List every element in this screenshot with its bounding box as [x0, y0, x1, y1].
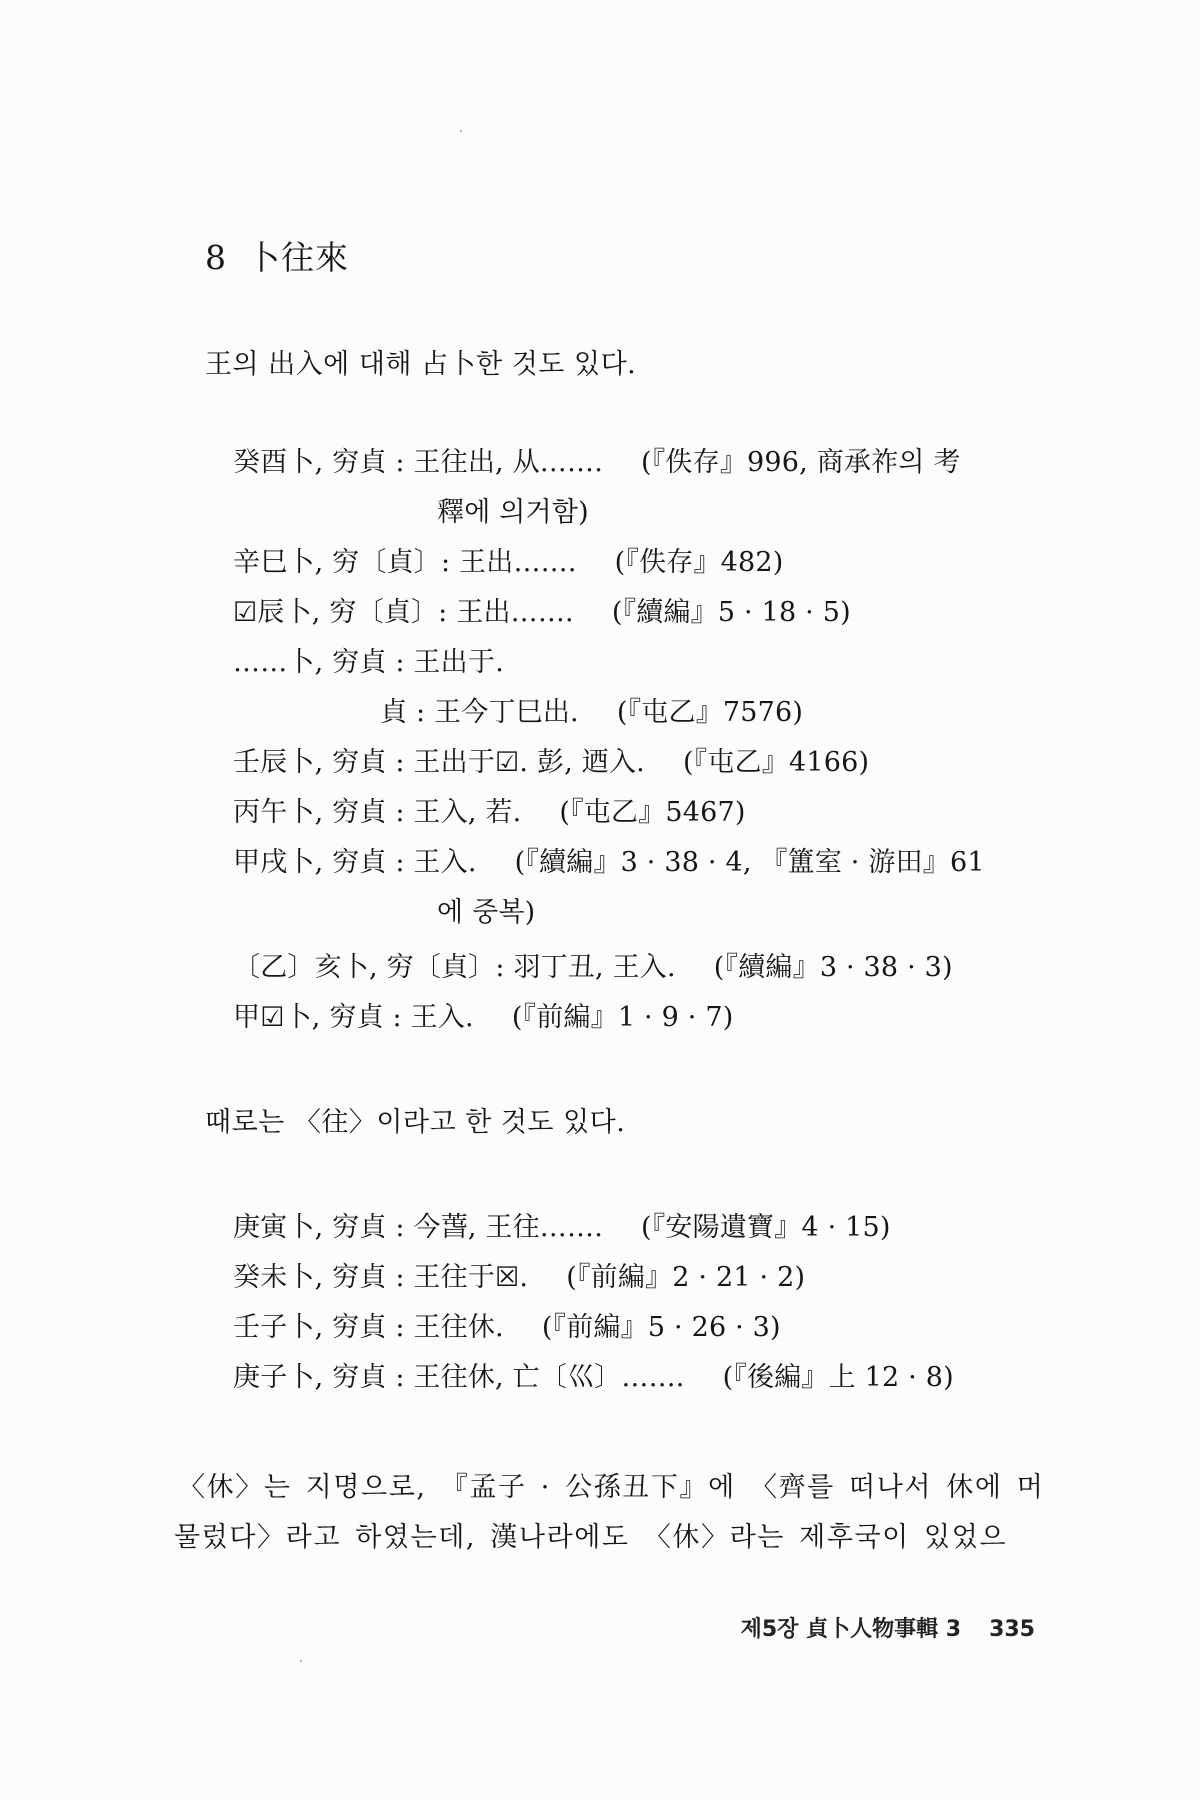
citation-line: ……卜, 穷貞 : 王出于𦎫.	[233, 640, 504, 679]
section-heading: 8卜往來	[205, 232, 349, 279]
citation-source: (『佚存』482)	[615, 547, 784, 578]
citation-line: 庚寅卜, 穷貞 : 今萅, 王往…….(『安陽遺寶』4 · 15)	[233, 1205, 891, 1244]
page-footer: 제5장 貞卜人物事輯 3335	[741, 1612, 1035, 1643]
citation-line: 癸未卜, 穷貞 : 王往于☒.(『前編』2 · 21 · 2)	[233, 1255, 805, 1294]
citation-line: 丙午卜, 穷貞 : 王入, 若.(『屯乙』5467)	[233, 790, 746, 829]
citation-line: 甲☑卜, 穷貞 : 王入.(『前編』1 · 9 · 7)	[233, 995, 733, 1034]
paragraph-line: 〈休〉는 지명으로, 『孟子 · 公孫丑下』에 〈齊를 떠나서 休에 머	[178, 1465, 1044, 1504]
inscription-text: 貞 : 王今丁巳出.	[380, 697, 579, 728]
citation-source: (『續編』5 · 18 · 5)	[612, 597, 851, 628]
inscription-text: 壬子卜, 穷貞 : 王往休.	[233, 1312, 504, 1343]
citation-source: (『前編』1 · 9 · 7)	[512, 1002, 734, 1033]
citation-line: 貞 : 王今丁巳出.(『屯乙』7576)	[380, 690, 803, 729]
transition-sentence: 때로는 〈往〉이라고 한 것도 있다.	[205, 1100, 625, 1139]
scan-speck	[460, 130, 462, 132]
inscription-text: 癸酉卜, 穷貞 : 王往出, 从…….	[233, 447, 603, 478]
citation-line: 庚子卜, 穷貞 : 王往休, 亡〔巛〕…….(『後編』上 12 · 8)	[233, 1355, 954, 1394]
citation-line: 壬子卜, 穷貞 : 王往休.(『前編』5 · 26 · 3)	[233, 1305, 781, 1344]
citation-line: 癸酉卜, 穷貞 : 王往出, 从…….(『佚存』996, 商承祚의 考	[233, 440, 961, 479]
scan-speck	[300, 1660, 302, 1662]
inscription-text: ……卜, 穷貞 : 王出于𦎫.	[233, 647, 504, 678]
citation-source: (『屯乙』4166)	[683, 747, 869, 778]
citation-source: (『續編』3 · 38 · 4, 『簠室 · 游田』61	[515, 847, 985, 878]
inscription-text: 辛巳卜, 穷〔貞〕: 王出…….	[233, 547, 577, 578]
inscription-text: 丙午卜, 穷貞 : 王入, 若.	[233, 797, 521, 828]
intro-sentence: 王의 出入에 대해 占卜한 것도 있다.	[205, 342, 636, 381]
citation-line: 甲戌卜, 穷貞 : 王入.(『續編』3 · 38 · 4, 『簠室 · 游田』6…	[233, 840, 985, 879]
citation-continuation: 釋에 의거함)	[437, 490, 589, 529]
citation-source: (『後編』上 12 · 8)	[723, 1362, 954, 1393]
section-number: 8	[205, 238, 227, 277]
paragraph-line: 물렀다〉라고 하였는데, 漢나라에도 〈休〉라는 제후국이 있었으	[174, 1515, 1007, 1554]
section-title: 卜往來	[247, 238, 349, 277]
inscription-text: 庚寅卜, 穷貞 : 今萅, 王往…….	[233, 1212, 603, 1243]
citation-line: 辛巳卜, 穷〔貞〕: 王出…….(『佚存』482)	[233, 540, 784, 579]
inscription-text: 庚子卜, 穷貞 : 王往休, 亡〔巛〕…….	[233, 1362, 685, 1393]
citation-line: 〔乙〕亥卜, 穷〔貞〕: 羽丁丑, 王入.(『續編』3 · 38 · 3)	[233, 945, 953, 984]
inscription-text: 甲戌卜, 穷貞 : 王入.	[233, 847, 477, 878]
citation-line: ☑辰卜, 穷〔貞〕: 王出…….(『續編』5 · 18 · 5)	[233, 590, 851, 629]
citation-source: (『屯乙』5467)	[559, 797, 745, 828]
inscription-text: 壬辰卜, 穷貞 : 王出于☑. 彭, 迺入.	[233, 747, 645, 778]
citation-source: (『續編』3 · 38 · 3)	[714, 952, 953, 983]
citation-line: 壬辰卜, 穷貞 : 王出于☑. 彭, 迺入.(『屯乙』4166)	[233, 740, 869, 779]
inscription-text: ☑辰卜, 穷〔貞〕: 王出…….	[233, 597, 574, 628]
citation-source: (『佚存』996, 商承祚의 考	[641, 447, 961, 478]
inscription-text: 〔乙〕亥卜, 穷〔貞〕: 羽丁丑, 王入.	[233, 952, 676, 983]
citation-source: (『屯乙』7576)	[617, 697, 803, 728]
inscription-text: 甲☑卜, 穷貞 : 王入.	[233, 1002, 474, 1033]
page-number: 335	[989, 1617, 1035, 1642]
citation-source: (『前編』5 · 26 · 3)	[542, 1312, 781, 1343]
citation-source: (『安陽遺寶』4 · 15)	[641, 1212, 891, 1243]
inscription-text: 癸未卜, 穷貞 : 王往于☒.	[233, 1262, 528, 1293]
citation-continuation: 에 중복)	[437, 890, 535, 929]
running-head: 제5장 貞卜人物事輯 3	[741, 1617, 961, 1642]
citation-source: (『前編』2 · 21 · 2)	[566, 1262, 805, 1293]
